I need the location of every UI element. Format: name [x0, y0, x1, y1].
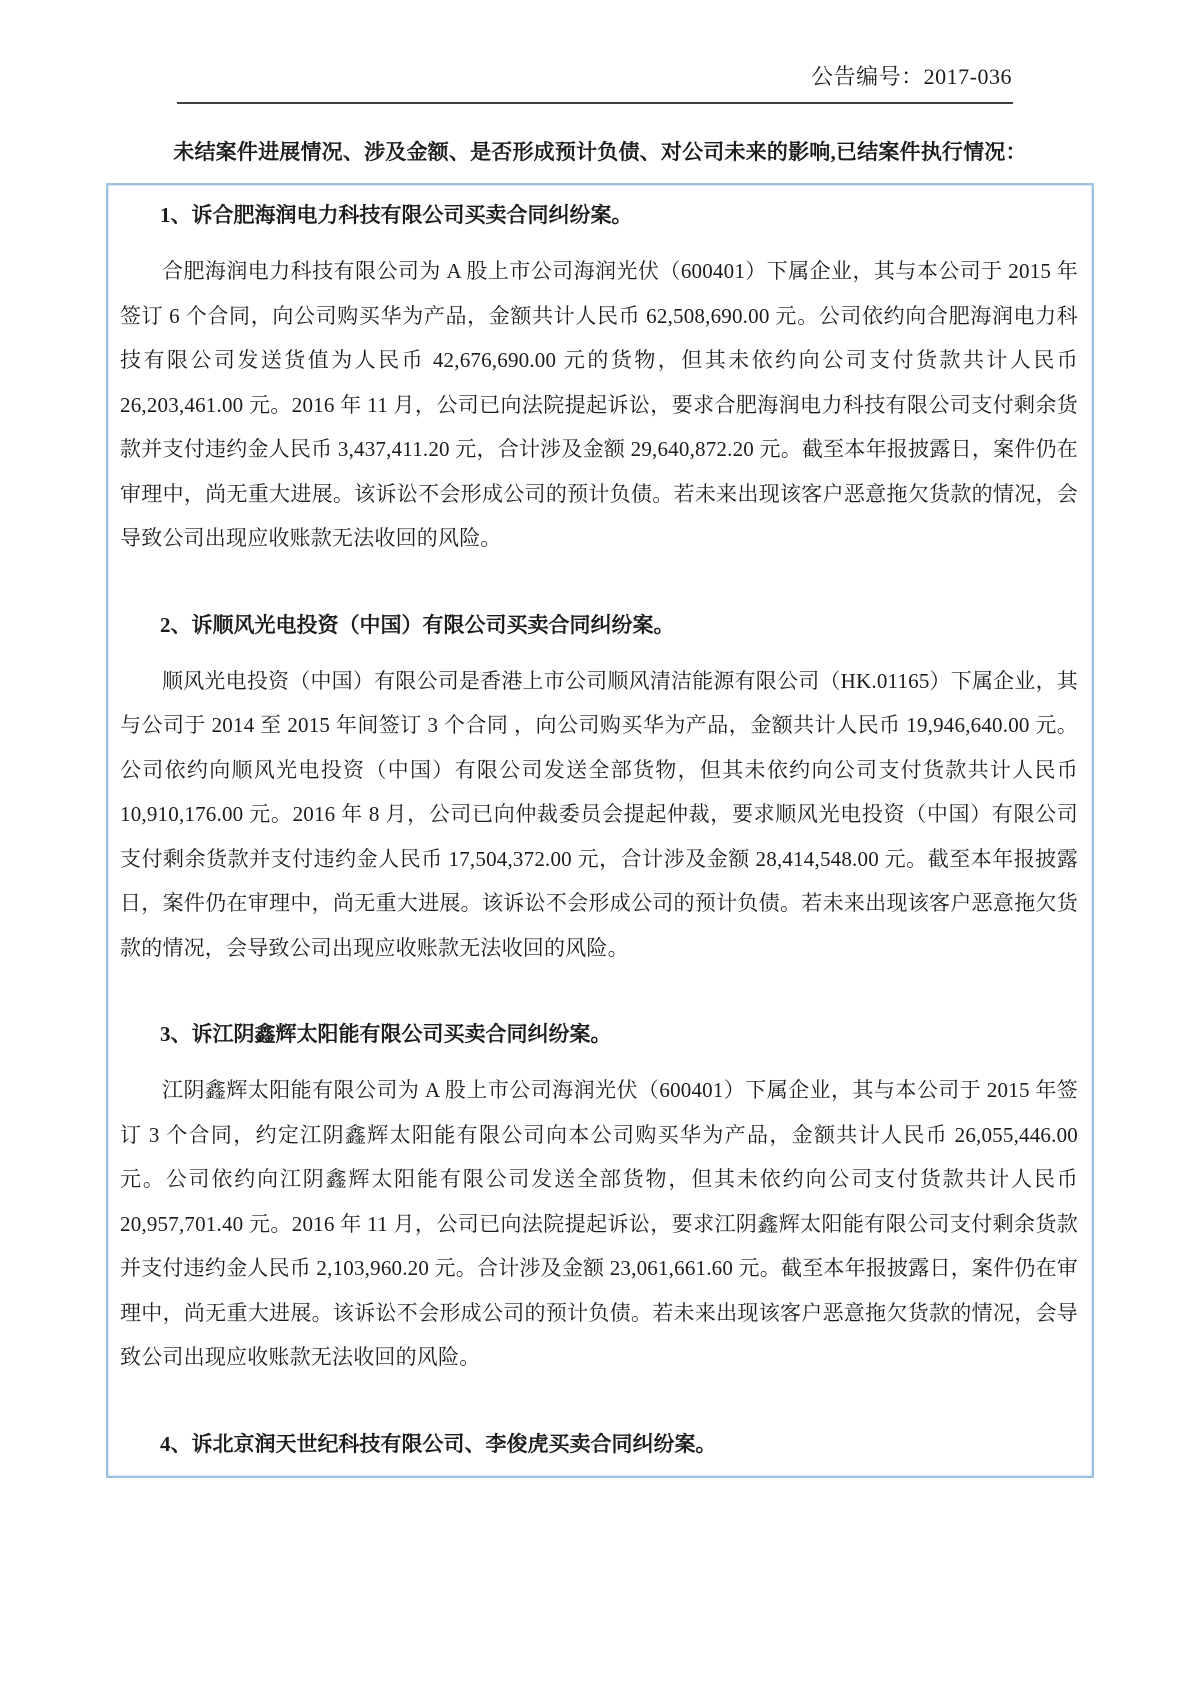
- case-2-heading: 2、诉顺风光电投资（中国）有限公司买卖合同纠纷案。: [120, 603, 1078, 647]
- case-3-body: 江阴鑫辉太阳能有限公司为 A 股上市公司海润光伏（600401）下属企业，其与本…: [120, 1068, 1078, 1380]
- cases-box: 1、诉合肥海润电力科技有限公司买卖合同纠纷案。 合肥海润电力科技有限公司为 A …: [106, 183, 1094, 1478]
- document-page: 公告编号：2017-036 未结案件进展情况、涉及金额、是否形成预计负债、对公司…: [0, 0, 1200, 1697]
- case-2-body: 顺风光电投资（中国）有限公司是香港上市公司顺风清洁能源有限公司（HK.01165…: [120, 659, 1078, 971]
- case-4-heading: 4、诉北京润天世纪科技有限公司、李俊虎买卖合同纠纷案。: [120, 1422, 1078, 1466]
- header-divider: [177, 102, 1013, 104]
- case-1-body: 合肥海润电力科技有限公司为 A 股上市公司海润光伏（600401）下属企业，其与…: [120, 249, 1078, 561]
- document-header: 公告编号：2017-036: [0, 60, 1200, 104]
- intro-title: 未结案件进展情况、涉及金额、是否形成预计负债、对公司未来的影响,已结案件执行情况…: [0, 136, 1200, 166]
- announcement-number: 公告编号：2017-036: [0, 60, 1012, 91]
- case-3-heading: 3、诉江阴鑫辉太阳能有限公司买卖合同纠纷案。: [120, 1012, 1078, 1056]
- case-1-heading: 1、诉合肥海润电力科技有限公司买卖合同纠纷案。: [120, 193, 1078, 237]
